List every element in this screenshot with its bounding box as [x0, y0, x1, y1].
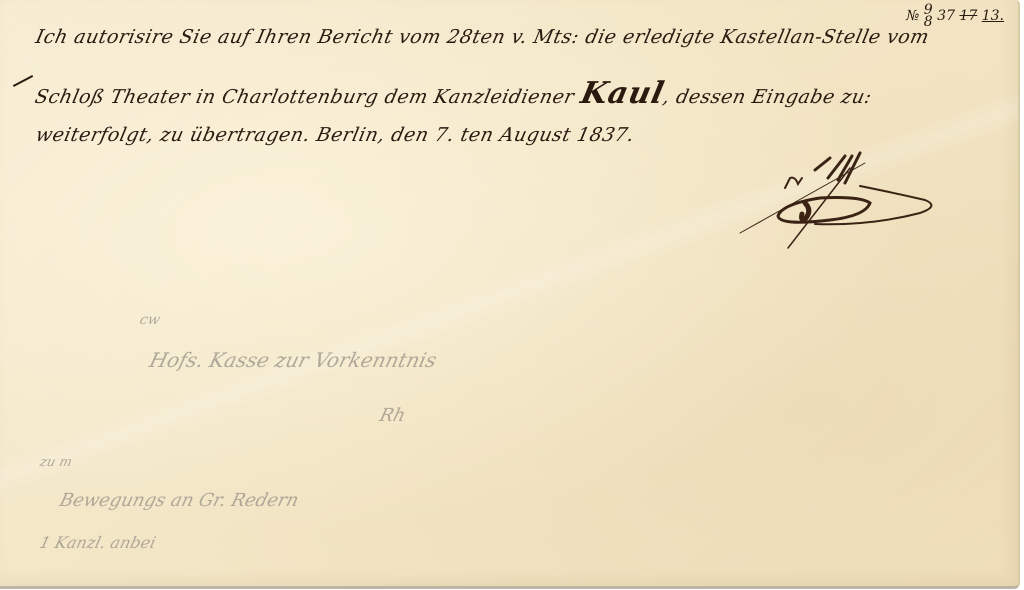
pencil-note-6: 1 Kanzl. anbei	[38, 533, 158, 552]
margin-stroke	[13, 75, 33, 87]
highlighted-name: Kaul	[578, 76, 668, 111]
pencil-note-3: Rh	[377, 405, 407, 426]
body-line-3: weiterfolgt, zu übertragen. Berlin, den …	[34, 124, 637, 146]
signature-name: Friedrich Wilhelm	[720, 148, 729, 149]
document-page: № 9 8 37 17 13. Ich autorisire Sie auf I…	[0, 0, 1020, 589]
ref-number-prefix: №	[906, 8, 919, 24]
ref-fraction: 9 8	[924, 4, 933, 28]
body-line-2: Schloß Theater in Charlottenburg dem Kan…	[32, 76, 876, 111]
ref-struck-number: 17	[959, 8, 977, 24]
ref-year: 37	[937, 8, 955, 24]
ref-folio: 13.	[982, 8, 1004, 24]
body-line-2-tail: , dessen Eingabe zu:	[661, 86, 874, 108]
signature-flourish: Friedrich Wilhelm	[720, 148, 960, 258]
pencil-note-1: cw	[138, 312, 162, 328]
body-line-2-text: Schloß Theater in Charlottenburg dem Kan…	[33, 86, 576, 108]
pencil-note-5: Bewegungs an Gr. Redern	[57, 490, 300, 511]
body-line-1: Ich autorisire Sie auf Ihren Bericht vom…	[34, 26, 932, 48]
reference-marks: № 9 8 37 17 13.	[906, 4, 1004, 28]
pencil-note-4: zu m	[38, 455, 73, 470]
pencil-note-2: Hofs. Kasse zur Vorkenntnis	[147, 348, 439, 372]
